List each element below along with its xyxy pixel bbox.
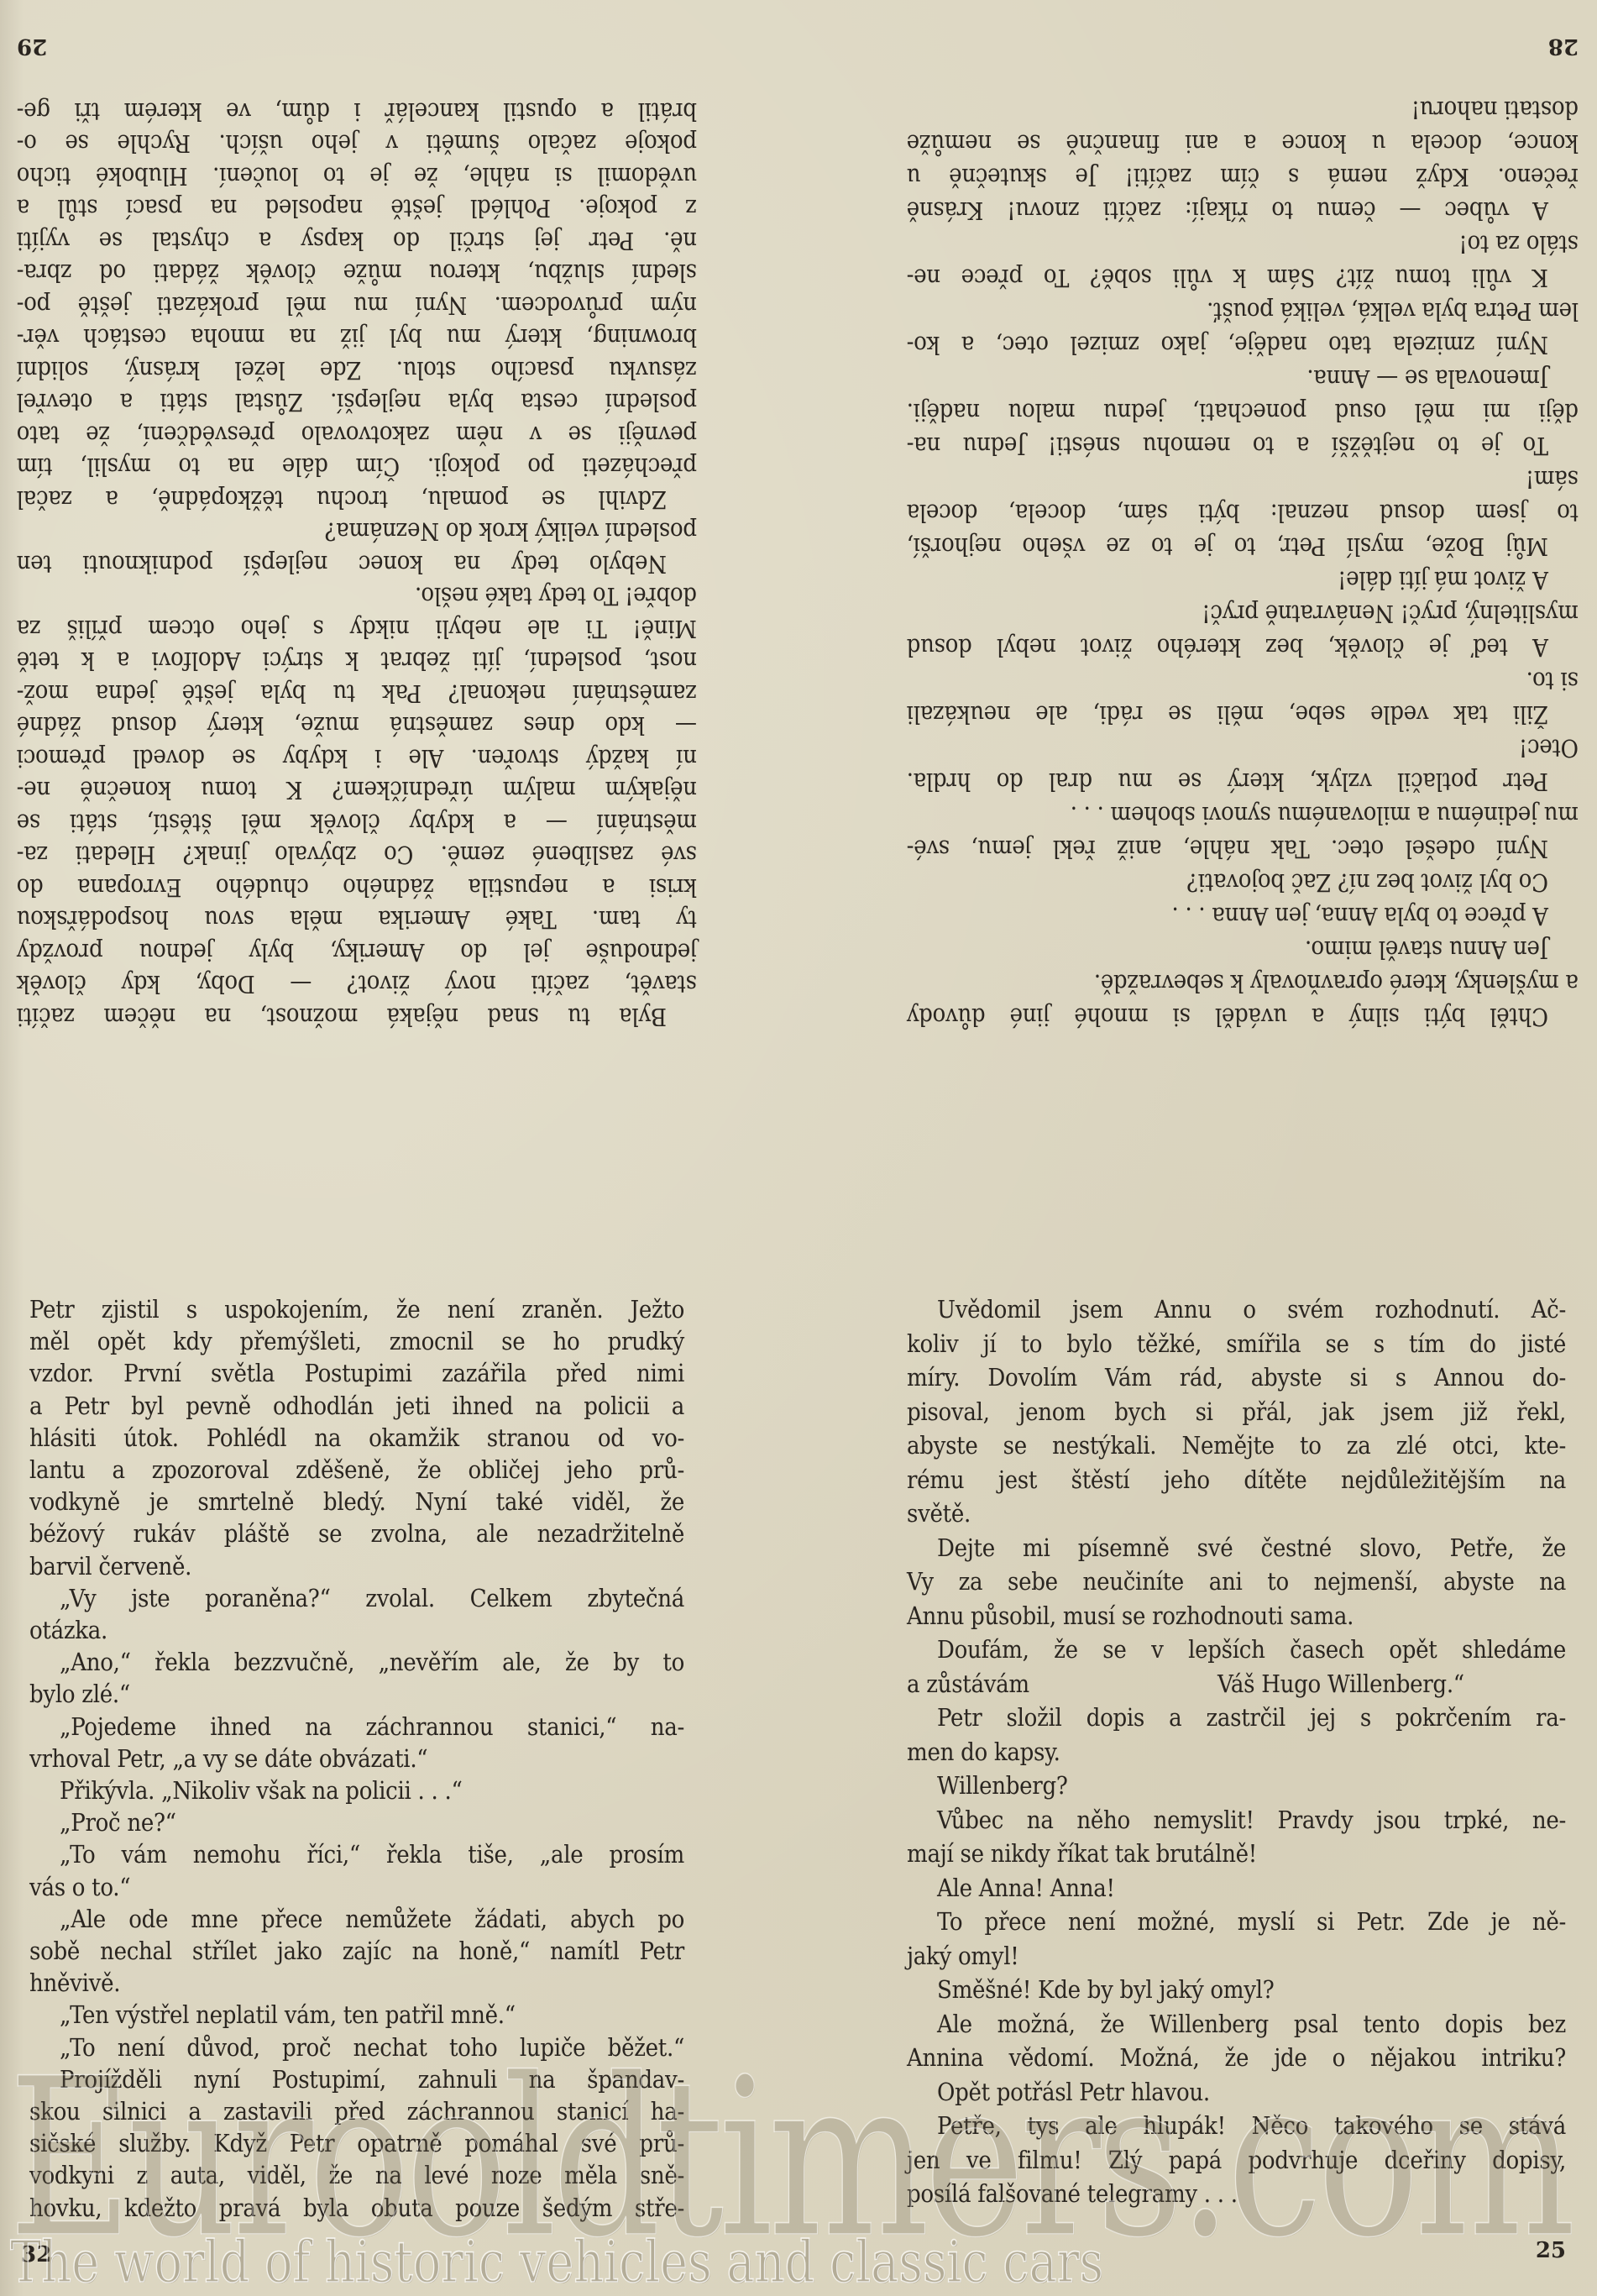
text-line: krisi a nepustila žádného chudého Evropa… (17, 872, 697, 904)
text-line: „Vy jste poraněna?“ zvolal. Celkem zbyte… (29, 1582, 684, 1614)
text-line: „Ten výstřel neplatil vám, ten patřil mn… (29, 1999, 684, 2031)
text-line: „Pojedeme ihned na záchrannou stanici,“ … (29, 1711, 684, 1743)
text-line: Dejte mi písemně své čestné slovo, Petře… (907, 1532, 1566, 1564)
text-line: brátil a opustil kancelář i dům, ve kter… (17, 96, 697, 128)
text-line: zásuvku psacího stolu. Zde ležel krásný,… (17, 354, 697, 386)
text-line: dobře! To tedy také nešlo. (17, 581, 697, 613)
text-line: posílá falšované telegramy . . . (907, 2178, 1566, 2210)
text-line: lem Petra byla velká, veliká poušť. (907, 296, 1579, 328)
text-line: Opět potřásl Petr hlavou. (907, 2076, 1566, 2108)
text-line: Willenberg? (907, 1769, 1566, 1801)
text-line: pevněji se v něm zakotvovalo přesvědčení… (17, 419, 697, 451)
text-line: ději mi měl osud ponechati, jednu malou … (907, 396, 1579, 428)
text-line: Petr potlačil vzlyk, který se mu dral do… (907, 766, 1579, 798)
text-line: „To není důvod, proč nechat toho lupiče … (29, 2031, 684, 2063)
text-line: mají se nikdy říkat tak brutálně! (907, 1837, 1566, 1869)
text-line: slední službu, kterou může člověk žádati… (17, 258, 697, 290)
text-line: abyste se nestýkali. Nemějte to za zlé o… (907, 1429, 1566, 1461)
text-line: men do kapsy. (907, 1736, 1566, 1768)
text-line: dostati nahoru! (907, 94, 1579, 126)
text-line: stavět, začíti nový život? — Doby, kdy č… (17, 969, 697, 1001)
text-line: Byla tu snad nějaká možnost, na něčem za… (17, 1001, 697, 1033)
text-line: Jen Annu stavěl mimo. (907, 934, 1579, 966)
text-line: měl opět kdy přemýšleti, zmocnil se ho p… (29, 1325, 684, 1357)
letter-signature: Váš Hugo Willenberg.“ (1217, 1668, 1464, 1700)
text-line: řečeno. Když nemá s čím začíti! Je skute… (907, 161, 1579, 193)
text-line: skou silnici a zastavili před záchrannou… (29, 2095, 684, 2127)
text-line: nějakým malým úředníčkem? K tomu konečně… (17, 775, 697, 807)
text-line: Projížděli nyní Postupimí, zahnuli na šp… (29, 2063, 684, 2095)
text-line: vrhoval Petr, „a vy se dáte obvázati.“ (29, 1743, 684, 1774)
text-line: stálo za to! (907, 228, 1579, 260)
text-line: Annina vědomí. Možná, že jde o nějakou i… (907, 2042, 1566, 2073)
text-line: To přece není možné, myslí si Petr. Zde … (907, 1905, 1566, 1937)
text-line: Nyní odešel otec. Tak náhle, aniž řekl j… (907, 833, 1579, 865)
text-line: Vy za sebe neučiníte ani to nejmenší, ab… (907, 1565, 1566, 1597)
text-line: své zaslíbené země. Co zbývalo jinak? Hl… (17, 840, 697, 872)
text-line: vás o to.“ (29, 1871, 684, 1903)
text-line: nost, poslední, jíti žebrat k strýci Ado… (17, 646, 697, 678)
text-line: barvil červeně. (29, 1550, 684, 1582)
text-line: Můj Bože, myslí Petr, to je to ze všeho … (907, 531, 1579, 563)
text-line: Směšné! Kde by byl jaký omyl? (907, 1974, 1566, 2005)
text-line: otázka. (29, 1614, 684, 1646)
text-line: Petr složil dopis a zastrčil jej s pokrč… (907, 1701, 1566, 1733)
text-line: rému jest štěstí jeho dítěte nejdůležitě… (907, 1464, 1566, 1496)
text-line: „Ano,“ řekla bezzvučně, „nevěřím ale, že… (29, 1646, 684, 1678)
text-line: sičské služby. Když Petr opatrně pomáhal… (29, 2127, 684, 2159)
text-line: „To vám nemohu říci,“ řekla tiše, „ale p… (29, 1838, 684, 1870)
text-line: vodkyně je smrtelně bledý. Nyní také vid… (29, 1486, 684, 1518)
text-line: poslední cesta byla nejlepší. Zůstal stá… (17, 387, 697, 419)
text-line: Ale Anna! Anna! (907, 1872, 1566, 1904)
text-line: míry. Dovolím Vám rád, abyste si s Annou… (907, 1361, 1566, 1393)
text-line: a zůstávámVáš Hugo Willenberg.“ (907, 1668, 1566, 1700)
text-line: jaký omyl! (907, 1940, 1566, 1972)
text-line: K vůli tomu žít? Sám k vůli sobě? To pře… (907, 262, 1579, 294)
text-line: zaměstnání nekonal? Pak tu byla ještě je… (17, 678, 697, 710)
text-line: A teď je člověk, bez kterého život nebyl… (907, 632, 1579, 663)
text-line: koliv jí to bylo těžké, smířila se s tím… (907, 1328, 1566, 1360)
text-line: světě. (907, 1497, 1566, 1529)
text-line: Jmenovala se — Anna. (907, 363, 1579, 395)
page-number: 29 (17, 34, 47, 59)
text-line: Vůbec na něho nemyslit! Pravdy jsou trpk… (907, 1804, 1566, 1836)
text-line: si to. (907, 665, 1579, 697)
text-line: lantu a zpozoroval zděšeně, že obličej j… (29, 1454, 684, 1486)
text-line: ní každý stvořen. Ale i kdyby se dovedl … (17, 742, 697, 774)
text-line: hněvivě. (29, 1967, 684, 1999)
text-line: ně. Petr jej strčil do kapsy a chystal s… (17, 225, 697, 257)
text-line: A život má jíti dále! (907, 564, 1579, 596)
text-line: béžový rukáv pláště se zvolna, ale nezad… (29, 1518, 684, 1549)
page-number: 32 (21, 2242, 51, 2267)
text-line: městnání — a kdyby člověk měl štěstí, st… (17, 807, 697, 839)
text-line: a myšlenky, které opravňovaly k sebevraž… (907, 967, 1579, 999)
text-line: pisoval, jenom bych si přál, jak jsem ji… (907, 1396, 1566, 1428)
text-line: vzdor. První světla Postupimi zazářila p… (29, 1357, 684, 1389)
text-line: Zdvihl se pomalu, trochu těžkopádně, a z… (17, 484, 697, 516)
text-line: myslitelný, pryč! Nenávratně pryč! (907, 598, 1579, 630)
page-number: 28 (1548, 34, 1579, 59)
text-line: hovku, kdežto pravá byla obuta pouze šed… (29, 2192, 684, 2224)
text-line: To je to nejtěžší a to nemohu snésti! Je… (907, 430, 1579, 462)
text-line: A přece to byla Anna, jen Anna . . . (907, 900, 1579, 932)
text-line: Nebylo tedy na konec nejlepší podniknout… (17, 548, 697, 580)
page-25: Uvědomil jsem Annu o svém rozhodnutí. Ač… (907, 1293, 1566, 2284)
text-line: konce, docela u konce a ani finančně se … (907, 128, 1579, 160)
text-line: Uvědomil jsem Annu o svém rozhodnutí. Ač… (907, 1293, 1566, 1325)
text-line: Otec! (907, 732, 1579, 764)
text-line: přecházeti po pokoji. Čím dále na to mys… (17, 452, 697, 484)
text-line: bylo zlé.“ (29, 1678, 684, 1710)
text-line: Petře, tys ale hlupák! Něco takového se … (907, 2110, 1566, 2141)
text-line: vodkyni z auta, viděl, že na levé noze m… (29, 2159, 684, 2191)
text-line: pokoje začalo šuměti v jeho uších. Rychl… (17, 128, 697, 160)
page-29-upside-down: Byla tu snad nějaká možnost, na něčem za… (17, 25, 697, 1033)
text-line: browning, který mu byl již na mnoha cest… (17, 322, 697, 354)
text-line: ty tam. Také Amerika měla svou hospodářs… (17, 904, 697, 936)
text-line: — kdo dnes zaměstná muže, který dosud žá… (17, 710, 697, 742)
text-line: z pokoje. Pohlédl ještě naposled na psac… (17, 193, 697, 225)
text-line: Annu působil, musí se rozhodnouti sama. (907, 1600, 1566, 1632)
text-line: to jsem dosud neznal: býti sám, docela, … (907, 497, 1579, 529)
text-line: Mině! Ti ale nebyli nikdy s jeho otcem p… (17, 613, 697, 645)
text-line: Ale možná, že Willenberg psal tento dopi… (907, 2008, 1566, 2040)
text-line: Přikývla. „Nikoliv však na policii . . .… (29, 1774, 684, 1806)
text-line: Chtěl býti silný a uváděl si mnohé jiné … (907, 1001, 1579, 1033)
page-28-upside-down: Chtěl býti silný a uváděl si mnohé jiné … (907, 25, 1579, 1033)
text-line: sám! (907, 464, 1579, 495)
text-line: Doufám, že se v lepších časech opět shle… (907, 1633, 1566, 1665)
text-line: sobě nechal střílet jako zajíc na honě,“… (29, 1935, 684, 1967)
text-line: Nyní zmizela tato naděje, jako zmizel ot… (907, 329, 1579, 361)
text-line: „Proč ne?“ (29, 1806, 684, 1838)
text-line: ným průvodcem. Nyní mu měl prokázati ješ… (17, 290, 697, 322)
text-line: mu jedinému a milovanému synovi sbohem .… (907, 799, 1579, 831)
text-line: Petr zjistil s uspokojením, že není zran… (29, 1293, 684, 1325)
text-line: jednoduše jel do Ameriky, byly jednou pr… (17, 936, 697, 968)
text-line: poslední veliký krok do Neznáma? (17, 516, 697, 548)
text-line: jen ve filmu! Zlý papá podvrhuje dceřiny… (907, 2144, 1566, 2176)
text-line: A vůbec — čemu to říkají: začíti znovu! … (907, 195, 1579, 227)
text-line: a Petr byl pevně odhodlán jeti ihned na … (29, 1390, 684, 1422)
page-32: Petr zjistil s uspokojením, že není zran… (29, 1293, 684, 2284)
text-line: uvědomil si náhle, že je to loučení. Hlu… (17, 160, 697, 192)
text-line: Co byl život bez ní? Zač bojovati? (907, 867, 1579, 899)
page-number: 25 (1536, 2238, 1566, 2263)
text-line: Žili tak vedle sebe, měli se rádi, ale n… (907, 699, 1579, 731)
text-line: „Ale ode mne přece nemůžete žádati, abyc… (29, 1903, 684, 1935)
text-line: hlásiti útok. Pohlédl na okamžik stranou… (29, 1422, 684, 1454)
